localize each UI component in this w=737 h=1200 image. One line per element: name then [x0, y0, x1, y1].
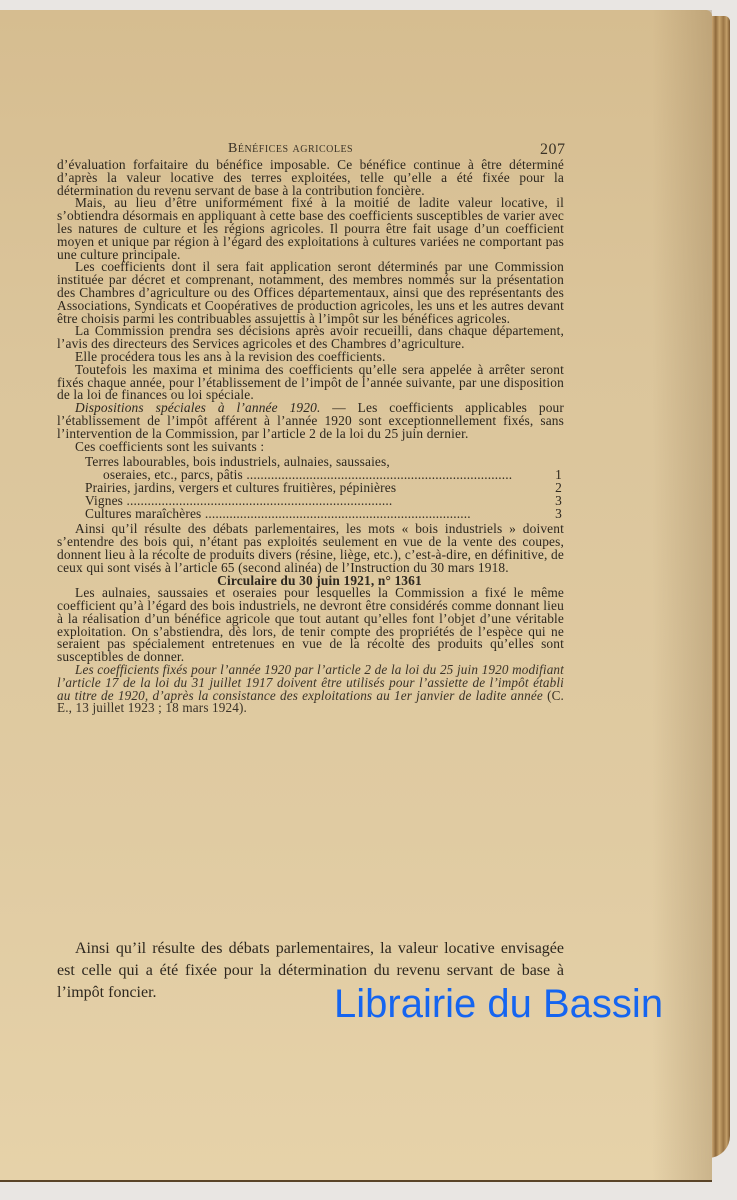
- circular-text: Les aulnaies, saussaies et oseraies pour…: [57, 587, 564, 664]
- coefficient-label: oseraies, etc., parcs, pâtis: [103, 469, 526, 482]
- coefficient-label: Prairies, jardins, vergers et cultures f…: [85, 482, 526, 495]
- coefficient-row: Vignes 3: [85, 495, 564, 508]
- coefficient-value: 3: [526, 508, 564, 521]
- paragraph: Mais, au lieu d’être uniformément fixé à…: [57, 197, 564, 261]
- body-text: d’évaluation forfaitaire du bénéfice imp…: [57, 159, 564, 715]
- coefficient-label: Cultures maraîchères: [85, 508, 526, 521]
- coefficient-row: oseraies, etc., parcs, pâtis 1: [85, 469, 564, 482]
- coefficients-intro: Ces coefficients sont les suivants :: [57, 441, 564, 454]
- book-page: Bénéfices agricoles 207 d’évaluation for…: [0, 10, 712, 1182]
- coefficients-list: Terres labourables, bois industriels, au…: [85, 456, 564, 520]
- paragraph: Les coefficients dont il sera fait appli…: [57, 261, 564, 325]
- coefficient-label: Vignes: [85, 495, 526, 508]
- coefficient-row: Terres labourables, bois industriels, au…: [85, 456, 564, 469]
- debates-paragraph: Ainsi qu’il résulte des débats parlement…: [57, 523, 564, 574]
- paragraph: Toutefois les maxima et minima des coeff…: [57, 364, 564, 402]
- special-provisions-paragraph: Dispositions spéciales à l’année 1920. —…: [57, 402, 564, 440]
- coefficient-row: Cultures maraîchères 3: [85, 508, 564, 521]
- paragraph: d’évaluation forfaitaire du bénéfice imp…: [57, 159, 564, 197]
- jurisprudence-note: Les coefficients fixés pour l’année 1920…: [57, 664, 564, 715]
- watermark: Librairie du Bassin: [334, 982, 663, 1027]
- note-italic: Les coefficients fixés pour l’année 1920…: [57, 662, 564, 703]
- coefficient-row: Prairies, jardins, vergers et cultures f…: [85, 482, 564, 495]
- running-head-title: Bénéfices agricoles: [228, 141, 353, 157]
- coefficient-label: Terres labourables, bois industriels, au…: [85, 456, 526, 469]
- paragraph: La Commission prendra ses décisions aprè…: [57, 325, 564, 351]
